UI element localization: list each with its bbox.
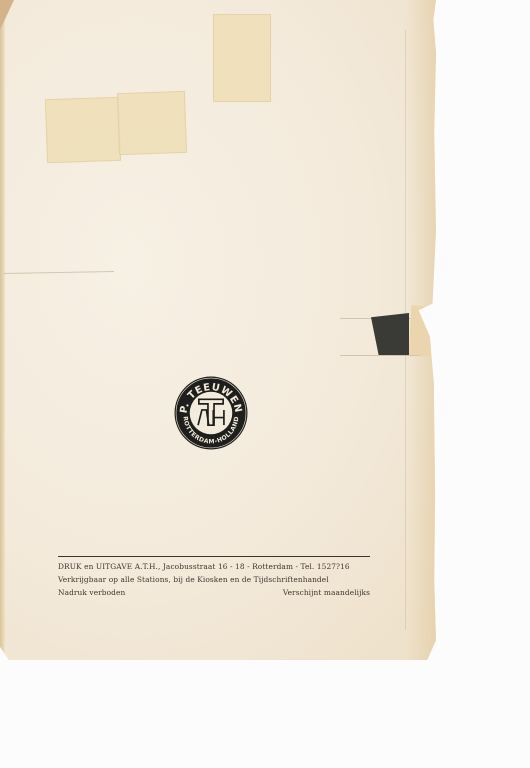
tape-strip	[45, 97, 121, 164]
torn-paper-flap	[409, 305, 433, 357]
publisher-logo-icon: P. TEEUWEN ROTTERDAM-HOLLAND ATH	[173, 375, 249, 451]
corner-fold	[0, 0, 14, 30]
back-cover-page: P. TEEUWEN ROTTERDAM-HOLLAND ATH DRUK en…	[0, 0, 436, 660]
frequency-notice: Verschijnt maandelijks	[283, 586, 370, 599]
imprint-block: DRUK en UITGAVE A.T.H., Jacobusstraat 16…	[58, 556, 370, 599]
publisher-address: DRUK en UITGAVE A.T.H., Jacobusstraat 16…	[58, 560, 350, 573]
page-left-edge	[0, 0, 5, 660]
paper-crease	[4, 271, 114, 274]
torn-dark-patch	[371, 313, 409, 355]
availability-text: Verkrijgbaar op alle Stations, bij de Ki…	[58, 573, 329, 586]
scanned-document: P. TEEUWEN ROTTERDAM-HOLLAND ATH DRUK en…	[0, 0, 530, 768]
imprint-line-notes: Nadruk verboden Verschijnt maandelijks	[58, 586, 370, 599]
imprint-line-availability: Verkrijgbaar op alle Stations, bij de Ki…	[58, 573, 370, 586]
tape-strip	[213, 14, 271, 102]
imprint-line-publisher: DRUK en UITGAVE A.T.H., Jacobusstraat 16…	[58, 560, 370, 573]
tape-strip	[117, 91, 187, 155]
imprint-rule	[58, 556, 370, 557]
reprint-notice: Nadruk verboden	[58, 586, 125, 599]
